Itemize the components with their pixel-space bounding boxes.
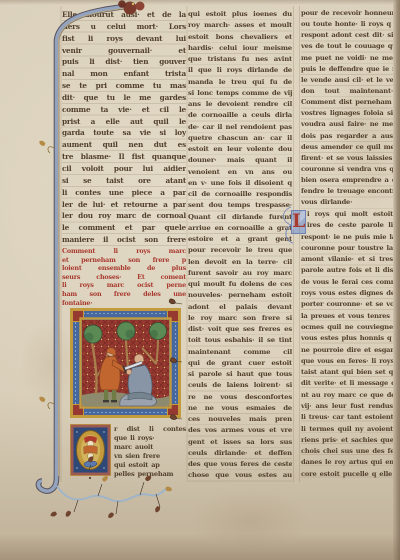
text-line: qui estoit plus ioenes du (188, 9, 292, 20)
text-line: ves de tout le couuage que (301, 41, 393, 52)
manuscript-page: Elle mourut ausi· et de latiers u celui … (0, 0, 400, 560)
text-line: li contes une piece a par (62, 187, 186, 199)
text-line: tiers u celui mort· Lors (62, 21, 186, 33)
text-line: roys vous estes dignes de (301, 288, 393, 299)
text-line: chois chei sus une des fe (301, 446, 393, 457)
text-line: len devoit en la terre· cil (188, 257, 292, 268)
text-line: douner· mais quant il (188, 155, 292, 166)
text-line: Elle mourut ausi· et de la (62, 9, 186, 21)
text-line: garda toute sa vie si loy (62, 127, 186, 139)
text-line: de· car il nel rendoient pas (188, 122, 292, 133)
text-line: nal mon enfant trista (62, 68, 186, 80)
text-line: ler dou roy marc de cornoal (62, 210, 186, 222)
text-line: la preues et vous tenres les (301, 311, 393, 322)
text-line: respont adont cest dit· si re (301, 30, 393, 41)
text-line: furent savoir au roy marc (188, 268, 292, 279)
text-line: si lonc temps comme de vij (188, 88, 292, 99)
text-line: Quant cil dirlande furent (188, 212, 292, 223)
text-line: manda le treu qui fu de (188, 77, 292, 88)
text-line: parole autre fois et li dist (301, 265, 393, 276)
text-line: estoire et a grant gent (188, 234, 292, 245)
text-line: taist atant qui bien set quil (301, 367, 393, 378)
text-line: ou toute honte· li roys q ie (301, 19, 393, 30)
indented-lines: i roys qui molt estoitires de ceste paro… (307, 209, 393, 231)
text-line: arriue en cornoaille a grat (188, 223, 292, 234)
text-line: ceuls dirlande· et deffen (188, 448, 292, 459)
text-line: aument quil nen dut es (62, 139, 186, 151)
right-initial-section: L i roys qui molt estoitires de ceste pa… (301, 209, 393, 232)
text-line: vous dirlande· (301, 197, 393, 208)
text-line: ocmes quil ne couviegne (301, 322, 393, 333)
text-line: il que li roys dirlande de (188, 65, 292, 76)
text-line: dit verite· et li message die (301, 378, 393, 389)
text-line: fendre le treuage encontre (301, 186, 393, 197)
text-line: amont vilanie· et si tres (301, 254, 393, 265)
rubric-line: et perneham son frere p (62, 256, 186, 265)
text-line: couronne si vendra vns qui (301, 164, 393, 175)
text-line: vn sien frere (114, 452, 186, 461)
text-line: le roy marc son frere si (188, 313, 292, 324)
bar-sprig-icon (38, 140, 54, 409)
text-line: estoit en leur volente dou (188, 144, 292, 155)
text-line: nt au roy marc ce que de (301, 390, 393, 401)
rubric-line: li roys marc ocist perne (62, 281, 186, 290)
text-line: quetre chascun an· car il (188, 133, 292, 144)
text-line: firent· et se vous laissies la (301, 153, 393, 164)
text-line: qui de grant cuer estoit (188, 358, 292, 369)
text-line: des vos armes vous et vre (188, 425, 292, 436)
text-line: qui estoit ap (114, 461, 186, 470)
text-line: riens pris· et sachies que li (301, 435, 393, 446)
text-line: le comment et par quele (62, 222, 186, 234)
text-line: venir gouvernail· et (62, 45, 186, 57)
text-line: don tout maintenant· (301, 86, 393, 97)
text-line: ires de ceste parole li (307, 220, 393, 231)
text-line: pour de recevoir honneur (301, 8, 393, 19)
text-line: gent et isses sa lors sus (188, 437, 292, 448)
text-line: dist· voit que ses freres es (188, 324, 292, 335)
text-line: roy march· asses et moult (188, 20, 292, 31)
text-line: couronne pour toustre la (301, 243, 393, 254)
rubric-line: seurs choses· Et coment (62, 273, 186, 282)
text-line: marc auoit (114, 443, 186, 452)
pen-initial-L: L (291, 210, 306, 234)
text-line: li termes quil ny avoient (301, 424, 393, 435)
text-line: que vous en feres· li roys sen (301, 356, 393, 367)
text-line: respont· ie ne puis mie la (301, 232, 393, 243)
text-line: estoit bons chevaliers et (188, 32, 292, 43)
text-line: r dist li contes (114, 425, 186, 434)
text-line: cil de cornoaille respondis (188, 189, 292, 200)
text-column-middle: qui estoit plus ioenes duroy march· asse… (188, 9, 292, 482)
text-line: nouveles· perneham estoit (188, 290, 292, 301)
text-line: de cornoaille a ceuls dirla (188, 110, 292, 121)
text-line: ler de lui· et retourne a par (62, 199, 186, 211)
rubric-line: Comment li roys marc (62, 247, 186, 256)
text-line: maintenant comme cil (188, 347, 292, 358)
text-line: si parole si haut que tous (188, 369, 292, 380)
rubric-left: Comment li roys marcet perneham son frer… (62, 247, 186, 307)
text-line: core estoit pucelle q elle fu (301, 469, 393, 480)
text-line: me puet ne voidi· ne me (301, 53, 393, 64)
page-edge-top (0, 0, 400, 5)
text-column-right: pour de recevoir honneurou toute honte· … (301, 8, 393, 480)
text-line: cil voloit pour lui aidier (62, 163, 186, 175)
text-line: venoient en vn ans ou (188, 167, 292, 178)
text-line: que tristans fu nes avint (188, 54, 292, 65)
text-line: si se taist ore atant (62, 175, 186, 187)
text-line: que li roys· (114, 434, 186, 443)
text-line: vous estes plus honnis q ie (301, 333, 393, 344)
initial-figures (84, 436, 98, 467)
text-line: bien osera emprendre a def (301, 175, 393, 186)
text-line: ces nouveles mais pren (188, 414, 292, 425)
text-line: qui moult fu dolens de ces (188, 279, 292, 290)
text-line: prist a elle aut quil le (62, 116, 186, 128)
text-line: voudra ausi faire· ne me (301, 119, 393, 130)
text-line: tre blasme· Il fist quanque (62, 151, 186, 163)
text-line: le vende ausi cil· et le ven (301, 75, 393, 86)
text-line: puis le deffendre que ie ne (301, 64, 393, 75)
text-line: dit· que tu le me gardes (62, 92, 186, 104)
text-column-left: Elle mourut ausi· et de latiers u celui … (62, 9, 186, 246)
initial-paragraph: r dist li contesque li roys·marc auoitvn… (114, 425, 186, 480)
text-line: vostres lignages foloia si (301, 108, 393, 119)
text-line: i roys qui molt estoit (307, 209, 393, 220)
text-line: hardis· celui iour meisme (188, 43, 292, 54)
historiated-initial-O (70, 424, 111, 476)
page-edge-bottom (0, 534, 400, 560)
text-line: se te pri comme tu mas (62, 80, 186, 92)
text-line: pelles perneham (114, 470, 186, 479)
text-line: ans le devoient rendre cil (188, 99, 292, 110)
text-line: Comment dist perneham se (301, 97, 393, 108)
miniature-painting (70, 308, 181, 418)
page-edge-right (393, 0, 400, 560)
text-line: porter couronne· et se vous (301, 299, 393, 310)
text-line: puis li dist· tien gouver (62, 56, 186, 68)
text-line: toit tous esbahis· il se tint (188, 335, 292, 346)
rubric-line: fontaine· (62, 299, 186, 308)
text-line: li treus· car tant estoient (301, 412, 393, 423)
text-line: comme ta vie· et cil le (62, 104, 186, 116)
text-line: pour recevoir le treu que (188, 245, 292, 256)
text-line: sent dou temps trespasse· (188, 200, 292, 211)
text-line: ne pourroie dire et esgarda (301, 345, 393, 356)
text-line: chose que vous estes au (188, 470, 292, 481)
right-column-upper: pour de recevoir honneurou toute honte· … (301, 8, 393, 209)
text-line: en v· une fois il disoient q (188, 178, 292, 189)
text-line: fist li roys devant lui (62, 33, 186, 45)
text-line: ceuls de laiens loirent· si (188, 380, 292, 391)
rubric-line: loient ensemble de plus (62, 264, 186, 273)
text-line: vij· ans leur fust rendus (301, 401, 393, 412)
text-line: deus amender ce quil mes (301, 142, 393, 153)
text-line: maniere il ocist son frere (62, 234, 186, 246)
text-line: adont el palais devant (188, 302, 292, 313)
text-line: danes le roy artus qui en (301, 457, 393, 468)
rubric-line: ham son frere deles une (62, 290, 186, 299)
right-column-lower: respont· ie ne puis mie lacouronne pour … (301, 232, 393, 481)
text-line: de vous le ferai ces comme (301, 277, 393, 288)
text-line: ne ne vous esmaies de (188, 403, 292, 414)
text-line: dois pas regarder a aus (301, 131, 393, 142)
text-line: re ne vous desconfortes (188, 392, 292, 403)
text-line: des que vous feres de ceste (188, 459, 292, 470)
